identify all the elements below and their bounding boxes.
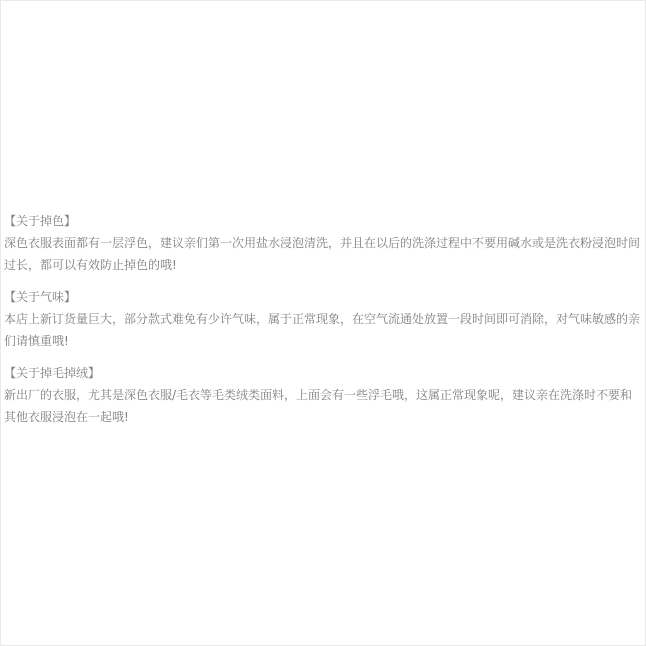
note-body-color-fading: 深色衣服表面都有一层浮色，建议亲们第一次用盐水浸泡清洗，并且在以后的洗涤过程中不… <box>4 232 643 276</box>
note-heading-odor: 【关于气味】 <box>4 286 643 308</box>
care-notes-block: 【关于掉色】 深色衣服表面都有一层浮色，建议亲们第一次用盐水浸泡清洗，并且在以后… <box>4 210 643 438</box>
note-section-color-fading: 【关于掉色】 深色衣服表面都有一层浮色，建议亲们第一次用盐水浸泡清洗，并且在以后… <box>4 210 643 276</box>
note-body-odor: 本店上新订货量巨大，部分款式难免有少许气味，属于正常现象，在空气流通处放置一段时… <box>4 308 643 352</box>
note-section-lint-shedding: 【关于掉毛掉绒】 新出厂的衣服，尤其是深色衣服/毛衣等毛类绒类面料，上面会有一些… <box>4 362 643 428</box>
note-heading-lint-shedding: 【关于掉毛掉绒】 <box>4 362 643 384</box>
product-care-notes-page: 【关于掉色】 深色衣服表面都有一层浮色，建议亲们第一次用盐水浸泡清洗，并且在以后… <box>0 0 646 646</box>
note-section-odor: 【关于气味】 本店上新订货量巨大，部分款式难免有少许气味，属于正常现象，在空气流… <box>4 286 643 352</box>
note-heading-color-fading: 【关于掉色】 <box>4 210 643 232</box>
note-body-lint-shedding: 新出厂的衣服，尤其是深色衣服/毛衣等毛类绒类面料，上面会有一些浮毛哦，这属正常现… <box>4 384 643 428</box>
